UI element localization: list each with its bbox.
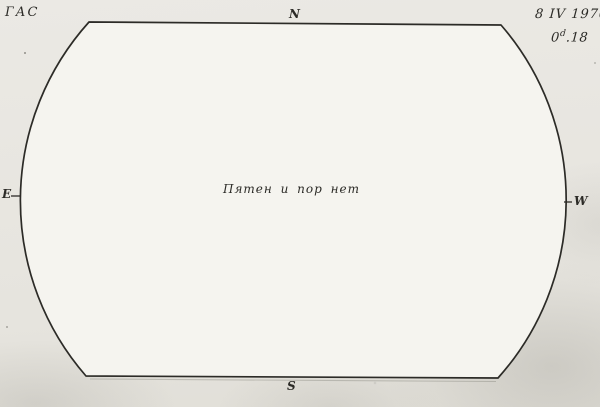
compass-south-label: S (287, 379, 296, 393)
time-fraction: .18 (565, 30, 588, 45)
compass-west-label: W (574, 194, 587, 208)
compass-east-label: E (2, 187, 11, 201)
no-spots-annotation: Пятен и пор нет (223, 182, 358, 196)
compass-north-label: N (289, 7, 300, 21)
station-label: ГАС (5, 5, 39, 20)
solar-observation-sheet: ГАС 8 IV 1976 0d.18 N S E W Пятен и пор … (0, 0, 600, 407)
observation-date: 8 IV 1976 (534, 7, 600, 22)
solar-disk-outline (20, 22, 566, 378)
observation-time: 0d.18 (550, 29, 588, 45)
solar-disk-drawing (0, 0, 600, 407)
